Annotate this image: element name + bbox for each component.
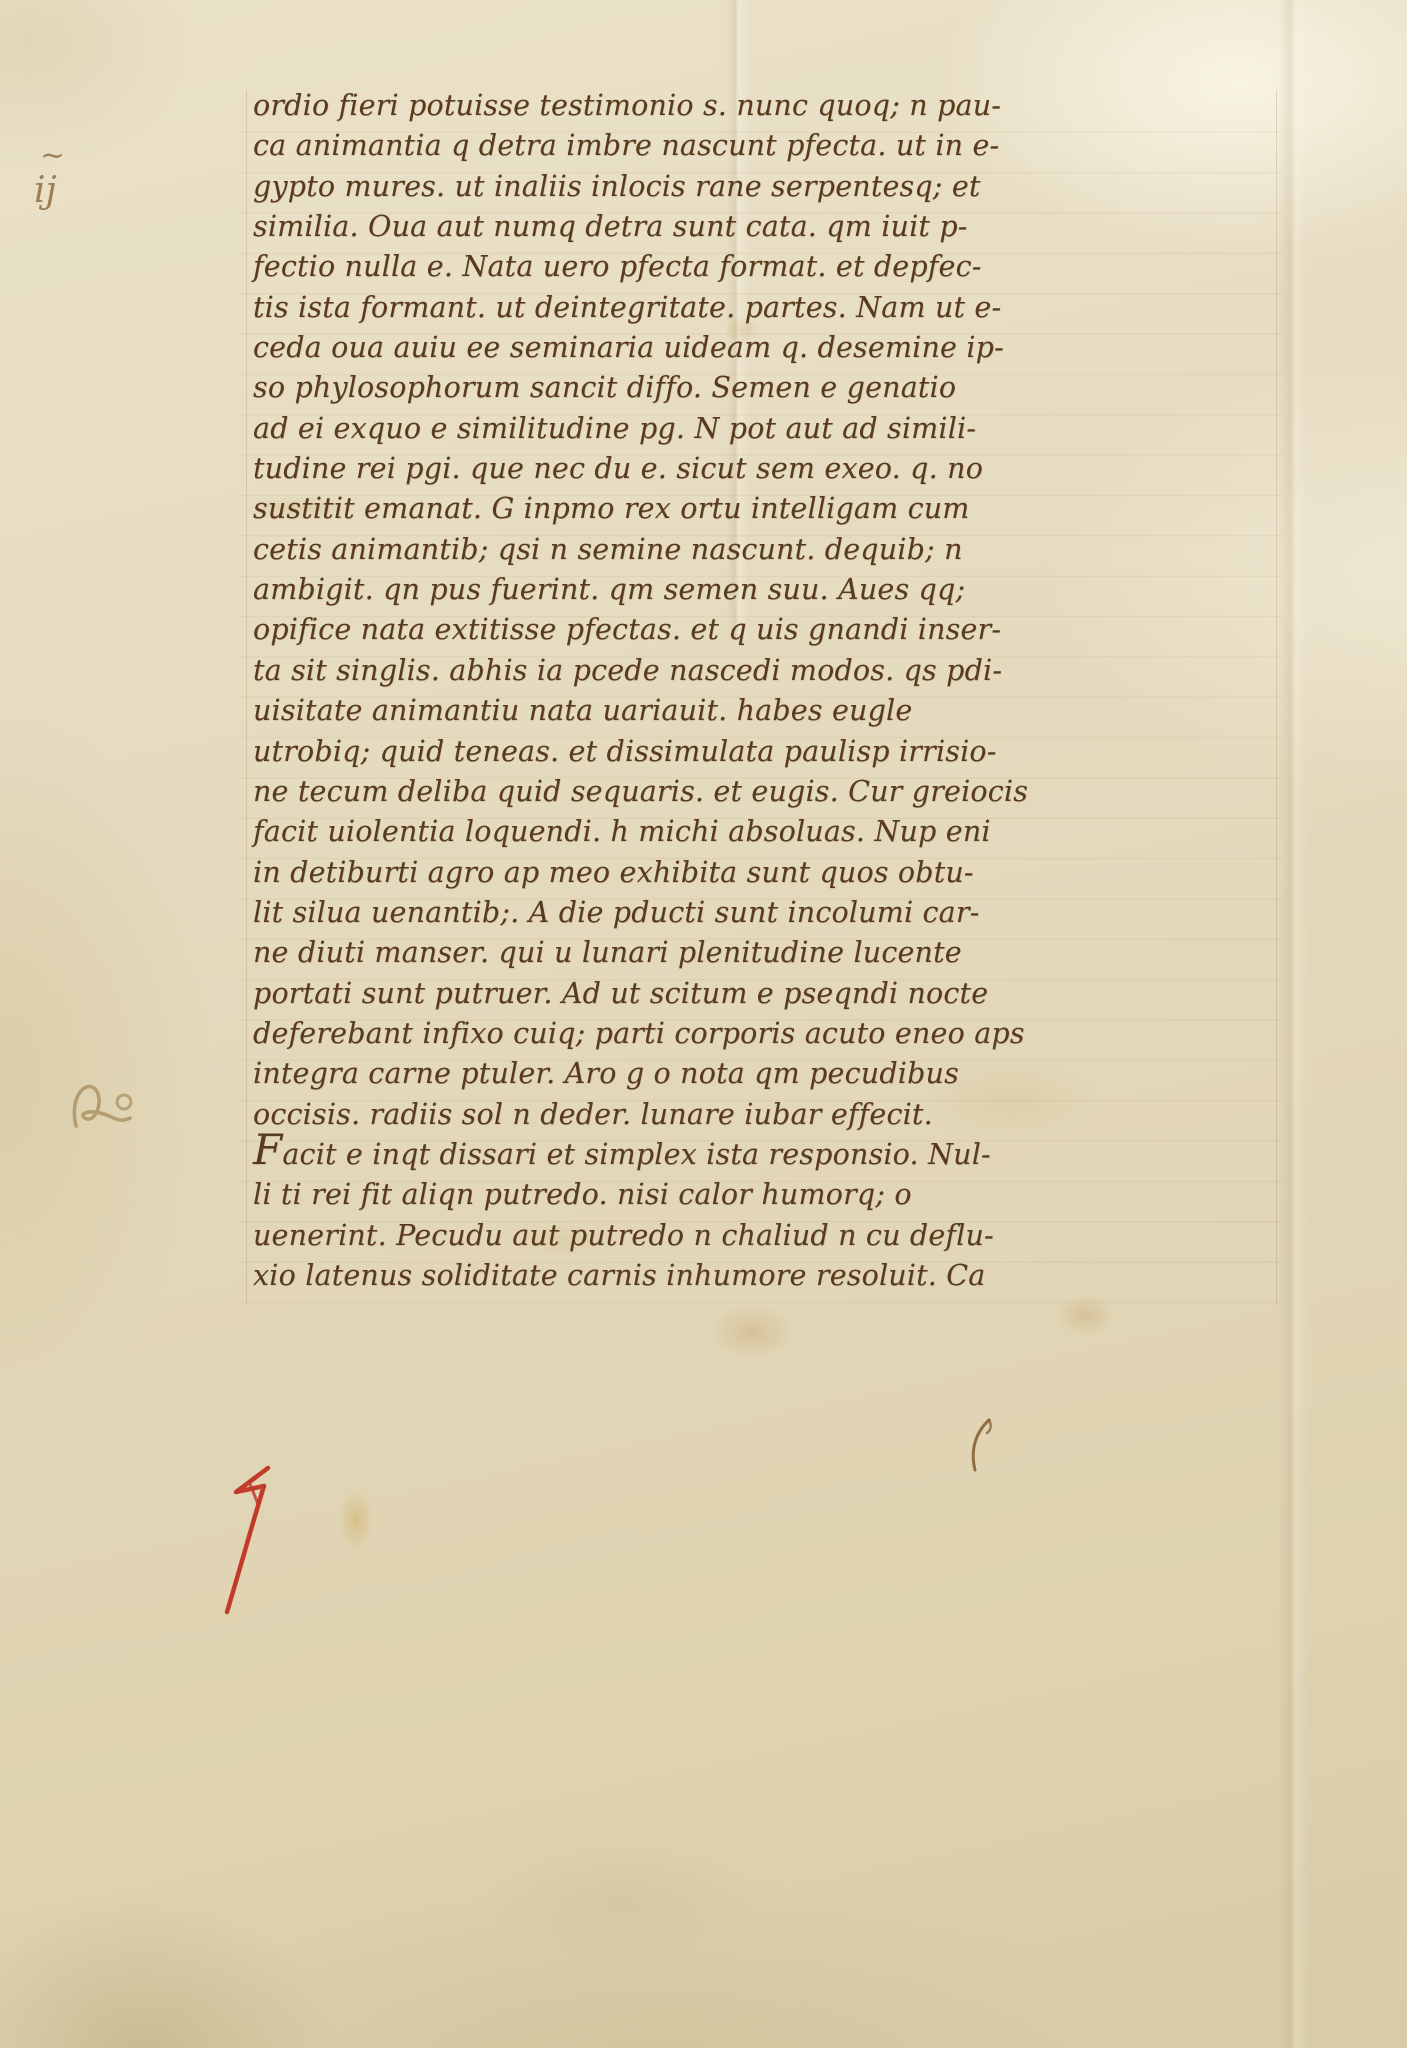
text-line: Facit e inqt dissari et simplex ista res… <box>253 1135 1073 1175</box>
text-line: opifice nata extitisse pfectas. et q uis… <box>253 610 1073 650</box>
quire-numeral: ij <box>34 172 94 210</box>
text-line: integra carne ptuler. Aro g o nota qm pe… <box>253 1054 1073 1094</box>
left-margin-rule <box>246 90 247 1305</box>
text-line: deferebant infixo cuiq; parti corporis a… <box>253 1014 1073 1054</box>
text-line: uenerint. Pecudu aut putredo n chaliud n… <box>253 1216 1073 1256</box>
text-line: ne diuti manser. qui u lunari plenitudin… <box>253 933 1073 973</box>
text-line: li ti rei fit aliqn putredo. nisi calor … <box>253 1175 1073 1215</box>
text-line: lit silua uenantib;. A die pducti sunt i… <box>253 893 1073 933</box>
text-line: fectio nulla e. Nata uero pfecta format.… <box>253 247 1073 287</box>
text-line: occisis. radiis sol n deder. lunare iuba… <box>253 1095 1073 1135</box>
marginal-squiggle-icon <box>66 1072 148 1149</box>
text-line: ad ei exquo e similitudine pg. N pot aut… <box>253 409 1073 449</box>
text-line: ne tecum deliba quid sequaris. et eugis.… <box>253 772 1073 812</box>
line-filler-flourish-icon <box>962 1415 996 1480</box>
text-line: similia. Oua aut numq detra sunt cata. q… <box>253 207 1073 247</box>
quire-signature: ~ ij <box>34 148 94 210</box>
text-line: ambigit. qn pus fuerint. qm semen suu. A… <box>253 570 1073 610</box>
text-line: gypto mures. ut inaliis inlocis rane ser… <box>253 167 1073 207</box>
text-line: sustitit emanat. G inpmo rex ortu intell… <box>253 489 1073 529</box>
text-line: uisitate animantiu nata uariauit. habes … <box>253 691 1073 731</box>
text-line: ca animantia q detra imbre nascunt pfect… <box>253 126 1073 166</box>
text-line: xio latenus soliditate carnis inhumore r… <box>253 1256 1073 1296</box>
text-line: ceda oua auiu ee seminaria uideam q. des… <box>253 328 1073 368</box>
text-line: in detiburti agro ap meo exhibita sunt q… <box>253 853 1073 893</box>
text-line: cetis animantib; qsi n semine nascunt. d… <box>253 530 1073 570</box>
text-line: portati sunt putruer. Ad ut scitum e pse… <box>253 974 1073 1014</box>
text-line: tis ista formant. ut deintegritate. part… <box>253 288 1073 328</box>
right-margin-rule <box>1276 90 1277 1305</box>
text-line: ta sit singlis. abhis ia pcede nascedi m… <box>253 651 1073 691</box>
manuscript-page: ~ ij ordio fieri potuisse testimonio s. … <box>0 0 1407 2048</box>
page-edge-crease <box>1278 0 1314 2048</box>
text-line: utrobiq; quid teneas. et dissimulata pau… <box>253 732 1073 772</box>
text-line: so phylosophorum sancit diffo. Semen e g… <box>253 368 1073 408</box>
text-line: ordio fieri potuisse testimonio s. nunc … <box>253 86 1073 126</box>
quire-tilde-mark: ~ <box>40 148 94 164</box>
red-paraph-mark-icon <box>220 1462 276 1631</box>
text-line: facit uiolentia loquendi. h michi absolu… <box>253 812 1073 852</box>
latin-text-block: ordio fieri potuisse testimonio s. nunc … <box>253 86 1073 1296</box>
text-line: tudine rei pgi. que nec du e. sicut sem … <box>253 449 1073 489</box>
